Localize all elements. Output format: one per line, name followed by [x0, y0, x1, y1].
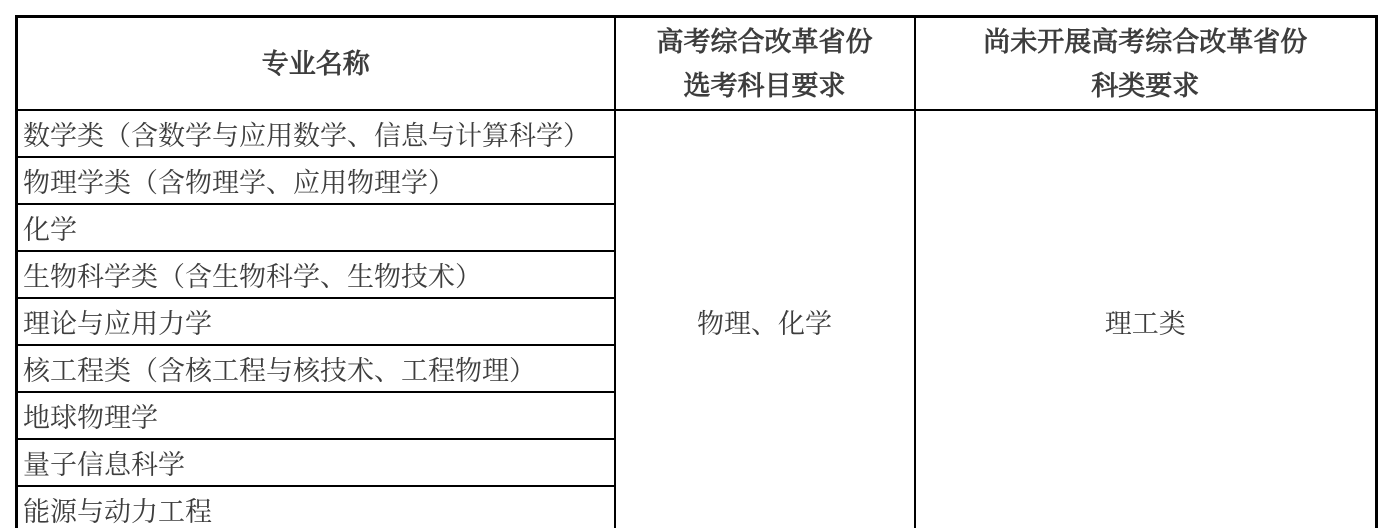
header-major-name-label: 专业名称 — [18, 42, 614, 86]
header-row: 专业名称 高考综合改革省份 选考科目要求 尚未开展高考综合改革省份 科类要求 — [17, 17, 1377, 111]
major-cell-mechanics: 理论与应用力学 — [17, 298, 615, 345]
header-non-reform-province-requirement: 尚未开展高考综合改革省份 科类要求 — [915, 17, 1377, 111]
header-reform-province-line1: 高考综合改革省份 — [616, 20, 914, 64]
major-cell-chemistry: 化学 — [17, 204, 615, 251]
major-cell-geophysics: 地球物理学 — [17, 392, 615, 439]
category-requirement-cell: 理工类 — [915, 110, 1377, 528]
major-cell-mathematics: 数学类（含数学与应用数学、信息与计算科学） — [17, 110, 615, 157]
major-cell-physics: 物理学类（含物理学、应用物理学） — [17, 157, 615, 204]
subject-requirement-cell: 物理、化学 — [615, 110, 915, 528]
header-non-reform-province-line1: 尚未开展高考综合改革省份 — [916, 20, 1376, 64]
table-row: 数学类（含数学与应用数学、信息与计算科学） 物理、化学 理工类 — [17, 110, 1377, 157]
header-non-reform-province-line2: 科类要求 — [916, 64, 1376, 108]
major-cell-biological-science: 生物科学类（含生物科学、生物技术） — [17, 251, 615, 298]
major-cell-nuclear-engineering: 核工程类（含核工程与核技术、工程物理） — [17, 345, 615, 392]
header-reform-province-requirement: 高考综合改革省份 选考科目要求 — [615, 17, 915, 111]
major-cell-quantum-information: 量子信息科学 — [17, 439, 615, 486]
major-cell-energy-power: 能源与动力工程 — [17, 486, 615, 528]
header-major-name: 专业名称 — [17, 17, 615, 111]
header-reform-province-line2: 选考科目要求 — [616, 64, 914, 108]
admission-requirements-table: 专业名称 高考综合改革省份 选考科目要求 尚未开展高考综合改革省份 科类要求 数… — [15, 15, 1378, 528]
